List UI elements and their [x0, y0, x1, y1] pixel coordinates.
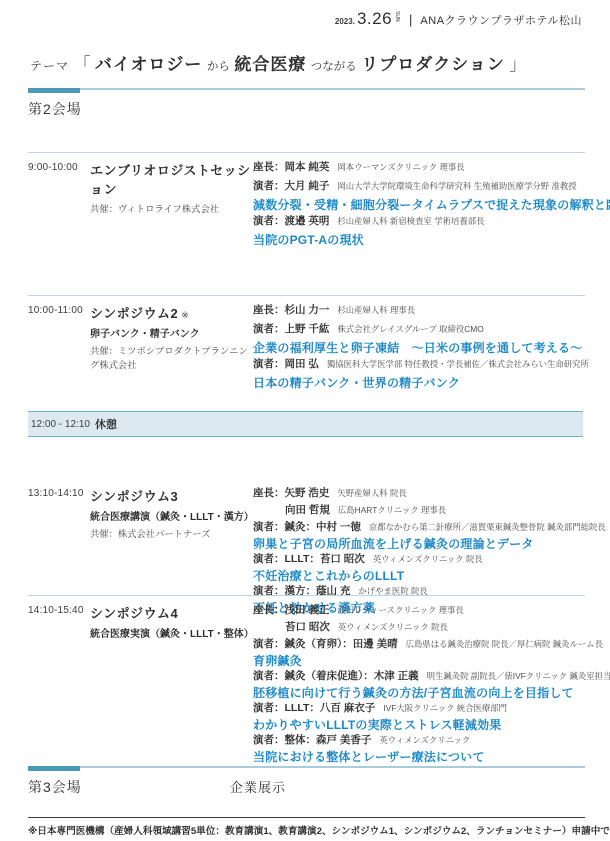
- session-info: シンポジウム3 統合医療講演（鍼灸・LLLT・漢方） 共催：株式会社パートナーズ: [90, 486, 253, 540]
- role-label: 演者：鍼灸（着床促進）：: [253, 670, 374, 682]
- theme-title: テーマ 「 バイオロジー から 統合医療 つながる リプロダクション 」: [30, 50, 526, 75]
- person-affiliation: 杉山産婦人科 理事長: [337, 305, 415, 315]
- person-name: 田邊 美晴: [353, 638, 398, 650]
- break-time: 12:00 - 12:10: [31, 419, 93, 430]
- session-title: シンポジウム2※: [90, 303, 253, 322]
- role-label: 演者：: [253, 215, 285, 227]
- session-time: 10:00-11:00: [28, 303, 90, 316]
- speaker-line: 演者：LLLT：苔口 昭次英ウィメンズクリニック 院長: [253, 552, 585, 569]
- speaker-line: 演者：大月 純子岡山大学大学院環境生命科学研究科 生殖補助医療学分野 准教授: [253, 179, 585, 198]
- asterisk-marker: ※: [181, 310, 189, 320]
- person-affiliation: 英ウィメンズクリニック 院長: [338, 622, 448, 632]
- person-name: 上野 千紘: [285, 323, 330, 335]
- session-details: 座長：浅田 義正浅田レディースクリニック 理事長 苔口 昭次英ウィメンズクリニッ…: [253, 603, 585, 765]
- person-affiliation: IVF大阪クリニック 統合医療部門: [383, 703, 507, 713]
- venue3-header: 第3会場: [28, 766, 585, 797]
- break-row: 12:00 - 12:10 休憩: [28, 411, 583, 437]
- footer-rule: [28, 817, 585, 818]
- date-weekday: SUN: [394, 11, 399, 22]
- conference-program-page: 2023. 3.26 SUN | ANAクラウンプラザホテル松山 テーマ 「 バ…: [0, 0, 610, 841]
- venue2-accent-bar: [28, 88, 585, 93]
- person-affiliation: 明生鍼灸院 副院長／俵IVFクリニック 鍼灸室担当: [427, 671, 610, 681]
- person-name: 向田 哲規: [285, 504, 330, 516]
- person-affiliation: 広島HARTクリニック 理事長: [338, 505, 446, 515]
- session-row-symposium2: 10:00-11:00 シンポジウム2※ 卵子バンク・精子バンク 共催：ミツボシ…: [28, 295, 585, 392]
- speaker-line: 演者：LLLT：八百 麻衣子IVF大阪クリニック 統合医療部門: [253, 701, 585, 718]
- session-title: シンポジウム4: [90, 603, 253, 622]
- speaker-line: 演者：整体：森戸 美香子英ウィメンズクリニック: [253, 733, 585, 750]
- role-label: 演者：LLLT：: [253, 702, 320, 714]
- talk-title: 卵巣と子宮の局所血流を上げる鍼灸の理論とデータ: [253, 537, 585, 552]
- session-info: シンポジウム2※ 卵子バンク・精子バンク 共催：ミツボシプロダクトプランニング株…: [90, 303, 253, 371]
- role-label: 演者：: [253, 180, 285, 192]
- chair-line: 座長：浅田 義正浅田レディースクリニック 理事長: [253, 603, 585, 620]
- session-time: 9:00-10:00: [28, 160, 90, 173]
- person-name: 大月 純子: [285, 180, 330, 192]
- person-affiliation: 英ウィメンズクリニック: [379, 735, 470, 745]
- session-cosponsor: 共催：株式会社パートナーズ: [90, 526, 253, 540]
- session-title: エンブリオロジストセッション: [90, 160, 253, 198]
- role-label: 演者：LLLT：: [253, 553, 320, 565]
- person-name: 渡邉 英明: [285, 215, 330, 227]
- venue3-content: 企業展示: [230, 777, 286, 796]
- session-subtitle: 統合医療講演（鍼灸・LLLT・漢方）: [90, 508, 253, 523]
- person-name: 中村 一徳: [316, 521, 361, 533]
- session-title-text: シンポジウム2: [90, 306, 178, 321]
- theme-close-bracket: 」: [509, 55, 526, 74]
- header: 2023. 3.26 SUN | ANAクラウンプラザホテル松山: [335, 9, 582, 29]
- speaker-line: 演者：岡田 弘獨協医科大学医学部 特任教授・学長補佐／株式会社みらい生命研究所: [253, 357, 585, 376]
- talk-title: 不妊治療とこれからのLLLT: [253, 569, 585, 584]
- person-name: 岡本 純英: [285, 161, 330, 173]
- speaker-line: 演者：鍼灸（育卵）：田邊 美晴広島県はる鍼灸治療院 院長／厚仁病院 鍼灸ルーム長: [253, 637, 585, 654]
- session-row-symposium4: 14:10-15:40 シンポジウム4 統合医療実演（鍼灸・LLLT・整体） 座…: [28, 595, 585, 765]
- talk-title: 減数分裂・受精・細胞分裂ータイムラプスで捉えた現象の解釈と臨床応用: [253, 197, 585, 214]
- speaker-line: 演者：上野 千紘株式会社グレイスグループ 取締役CMO: [253, 322, 585, 341]
- person-name: 浅田 義正: [285, 604, 330, 616]
- chair-line: 苔口 昭次英ウィメンズクリニック 院長: [253, 620, 585, 637]
- date-year: 2023.: [335, 17, 355, 26]
- person-name: 森戸 美香子: [316, 734, 371, 746]
- session-title-text: シンポジウム3: [90, 489, 178, 504]
- person-affiliation: 岡山大学大学院環境生命科学研究科 生殖補助医療学分野 准教授: [337, 181, 576, 191]
- venue2-title: 第2会場: [28, 99, 585, 119]
- session-title-text: エンブリオロジストセッション: [90, 163, 251, 197]
- venue-name-text: ANAクラウンプラザホテル松山: [420, 12, 582, 28]
- person-affiliation: 株式会社グレイスグループ 取締役CMO: [337, 324, 483, 334]
- person-name: 矢野 浩史: [285, 487, 330, 499]
- person-name: 岡田 弘: [285, 358, 319, 370]
- venue2-header: 第2会場: [28, 88, 585, 119]
- talk-title: 企業の福利厚生と卵子凍結 ～日米の事例を通して考える～: [253, 340, 585, 357]
- person-affiliation: 広島県はる鍼灸治療院 院長／厚仁病院 鍼灸ルーム長: [406, 639, 603, 649]
- role-label: 演者：: [253, 358, 285, 370]
- theme-segment: つながる: [311, 61, 357, 73]
- talk-title: 日本の精子バンク・世界の精子バンク: [253, 375, 585, 392]
- session-subtitle: 統合医療実演（鍼灸・LLLT・整体）: [90, 625, 253, 640]
- accent-bar: [28, 766, 80, 771]
- accent-bar: [28, 88, 80, 93]
- role-label: 座長：: [253, 487, 285, 499]
- session-subtitle: 卵子バンク・精子バンク: [90, 325, 253, 340]
- theme-label: テーマ: [30, 59, 69, 73]
- role-label: 座長：: [253, 161, 285, 173]
- person-affiliation: 浅田レディースクリニック 理事長: [337, 605, 463, 615]
- person-affiliation: 獨協医科大学医学部 特任教授・学長補佐／株式会社みらい生命研究所: [327, 359, 589, 369]
- header-separator: |: [409, 12, 412, 27]
- rule-line: [28, 88, 585, 90]
- person-name: 苔口 昭次: [285, 621, 330, 633]
- session-title-text: シンポジウム4: [90, 606, 178, 621]
- speaker-line: 演者：鍼灸（着床促進）：木津 正義明生鍼灸院 副院長／俵IVFクリニック 鍼灸室…: [253, 669, 585, 686]
- break-label: 休憩: [95, 416, 117, 432]
- role-label: 演者：: [253, 323, 285, 335]
- person-affiliation: 岡本ウーマンズクリニック 理事長: [337, 162, 464, 172]
- theme-open-bracket: 「: [73, 55, 90, 74]
- chair-line: 向田 哲規広島HARTクリニック 理事長: [253, 503, 585, 520]
- person-name: 苔口 昭次: [320, 553, 365, 565]
- footer-note: ※日本専門医機構（産婦人科領域講習5単位：教育講演1、教育講演2、シンポジウム1…: [28, 823, 608, 837]
- session-info: シンポジウム4 統合医療実演（鍼灸・LLLT・整体）: [90, 603, 253, 640]
- theme-segment: 統合医療: [234, 55, 306, 74]
- theme-segment: から: [207, 61, 230, 73]
- person-name: 杉山 力一: [285, 304, 330, 316]
- session-cosponsor: 共催：ヴィトロライフ株式会社: [90, 201, 253, 215]
- talk-title: 当院のPGT-Aの現状: [253, 232, 585, 249]
- talk-title: 当院における整体とレーザー療法について: [253, 750, 585, 765]
- person-affiliation: 矢野産婦人科 院長: [337, 488, 406, 498]
- person-affiliation: 京都なかむら第二針療所／滋賀栗東鍼灸整骨院 鍼灸部門総院長: [369, 522, 606, 532]
- person-name: 木津 正義: [374, 670, 419, 682]
- theme-segment: リプロダクション: [361, 55, 505, 74]
- role-label: 座長：: [253, 304, 285, 316]
- speaker-line: 演者：渡邉 英明杉山産婦人科 新宿検査室 学術培養部長: [253, 214, 585, 233]
- talk-title: わかりやすいLLLTの実際とストレス軽減効果: [253, 718, 585, 733]
- person-name: 八百 麻衣子: [320, 702, 375, 714]
- role-label: 演者：鍼灸：: [253, 521, 316, 533]
- talk-title: 育卵鍼灸: [253, 654, 585, 669]
- session-details: 座長：岡本 純英岡本ウーマンズクリニック 理事長 演者：大月 純子岡山大学大学院…: [253, 160, 585, 249]
- speaker-line: 演者：鍼灸：中村 一徳京都なかむら第二針療所／滋賀栗東鍼灸整骨院 鍼灸部門総院長: [253, 520, 585, 537]
- chair-line: 座長：矢野 浩史矢野産婦人科 院長: [253, 486, 585, 503]
- theme-segment: バイオロジー: [95, 55, 203, 74]
- person-affiliation: 杉山産婦人科 新宿検査室 学術培養部長: [337, 216, 484, 226]
- session-cosponsor: 共催：ミツボシプロダクトプランニング株式会社: [90, 343, 253, 371]
- venue3-accent-bar: [28, 766, 585, 771]
- role-label: 座長：: [253, 604, 285, 616]
- role-label: 演者：整体：: [253, 734, 316, 746]
- session-details: 座長：杉山 力一杉山産婦人科 理事長 演者：上野 千紘株式会社グレイスグループ …: [253, 303, 585, 392]
- rule-line: [28, 766, 585, 768]
- session-row-embryologist: 9:00-10:00 エンブリオロジストセッション 共催：ヴィトロライフ株式会社…: [28, 152, 585, 249]
- session-info: エンブリオロジストセッション 共催：ヴィトロライフ株式会社: [90, 160, 253, 215]
- person-affiliation: 英ウィメンズクリニック 院長: [373, 554, 483, 564]
- session-time: 14:10-15:40: [28, 603, 90, 616]
- role-label: 演者：鍼灸（育卵）：: [253, 638, 353, 650]
- date-day: 3.26: [357, 9, 392, 29]
- venue3-title: 第3会場: [28, 777, 585, 797]
- chair-line: 座長：岡本 純英岡本ウーマンズクリニック 理事長: [253, 160, 585, 179]
- chair-line: 座長：杉山 力一杉山産婦人科 理事長: [253, 303, 585, 322]
- talk-title: 胚移植に向けて行う鍼灸の方法/子宮血流の向上を目指して: [253, 686, 585, 701]
- session-title: シンポジウム3: [90, 486, 253, 505]
- session-time: 13:10-14:10: [28, 486, 90, 499]
